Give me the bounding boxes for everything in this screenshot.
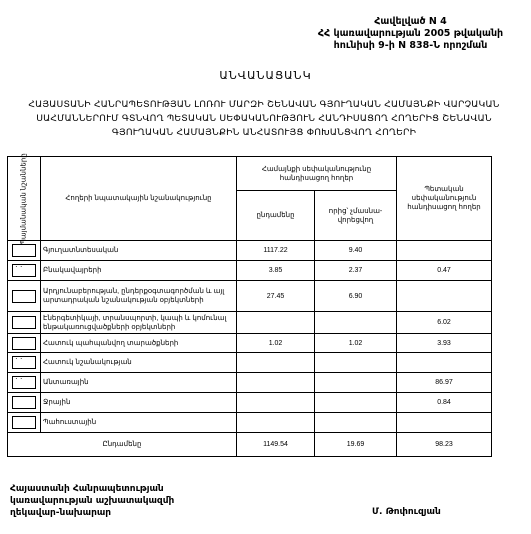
land-symbol-icon <box>12 356 36 369</box>
table-row: Բնակավայրերի3.852.370.47 <box>8 261 492 281</box>
annex-reference: Հավելված N 4 ՀՀ կառավարության 2005 թվակա… <box>290 16 531 52</box>
community-unprivatized-cell <box>315 413 397 433</box>
symbol-cell <box>8 413 41 433</box>
purpose-cell: Պահուստային <box>41 413 237 433</box>
total-state: 98.23 <box>397 433 492 457</box>
document-heading: ՀԱՅԱՍՏԱՆԻ ՀԱՆՐԱՊԵՏՈՒԹՅԱՆ ԼՈՌՈՒ ՄԱՐԶԻ ՇԵՆ… <box>14 98 514 140</box>
annex-decree-date: հունիսի 9-ի N 838-Ն որոշման <box>290 40 531 52</box>
signer-name: Մ. Թոփուզյան <box>372 507 441 517</box>
state-cell <box>397 353 492 373</box>
signer-title-3: ղեկավար-նախարար <box>10 507 174 519</box>
land-symbol-icon <box>12 416 36 429</box>
land-symbol-icon <box>12 244 36 257</box>
purpose-cell: Հատուկ նշանակության <box>41 353 237 373</box>
land-symbol-icon <box>12 376 36 389</box>
community-total-cell <box>237 353 315 373</box>
total-label: Ընդամենը <box>8 433 237 457</box>
header-symbols: Պայմանական նշանները <box>8 157 41 241</box>
state-cell: 3.93 <box>397 334 492 353</box>
table-row: Էներգետիկայի, տրանսպորտի, կապի և կոմունա… <box>8 312 492 334</box>
header-community-unprivatized: որից՝ չմասնա-վորեցվող <box>315 191 397 241</box>
purpose-cell: Էներգետիկայի, տրանսպորտի, կապի և կոմունա… <box>41 312 237 334</box>
purpose-cell: Ջրային <box>41 393 237 413</box>
state-cell: 86.97 <box>397 373 492 393</box>
land-symbol-icon <box>12 264 36 277</box>
purpose-cell: Գյուղատնտեսական <box>41 241 237 261</box>
symbol-cell <box>8 334 41 353</box>
community-unprivatized-cell <box>315 393 397 413</box>
community-total-cell: 27.45 <box>237 281 315 312</box>
state-cell <box>397 413 492 433</box>
community-unprivatized-cell: 1.02 <box>315 334 397 353</box>
community-total-cell: 3.85 <box>237 261 315 281</box>
signature-block: Հայաստանի Հանրապետության կառավարության ա… <box>10 483 174 519</box>
table-row: Գյուղատնտեսական1117.229.40 <box>8 241 492 261</box>
land-symbol-icon <box>12 290 36 303</box>
header-community-total: ընդամենը <box>237 191 315 241</box>
signer-title-1: Հայաստանի Հանրապետության <box>10 483 174 495</box>
table-row: Պահուստային <box>8 413 492 433</box>
state-cell <box>397 241 492 261</box>
total-community: 1149.54 <box>237 433 315 457</box>
state-cell: 6.02 <box>397 312 492 334</box>
purpose-cell: Բնակավայրերի <box>41 261 237 281</box>
signer-title-2: կառավարության աշխատակազմի <box>10 495 174 507</box>
purpose-cell: Հատուկ պահպանվող տարածքների <box>41 334 237 353</box>
symbol-cell <box>8 261 41 281</box>
community-total-cell: 1.02 <box>237 334 315 353</box>
table-row: Ջրային0.84 <box>8 393 492 413</box>
symbol-cell <box>8 241 41 261</box>
community-unprivatized-cell <box>315 373 397 393</box>
symbol-cell <box>8 373 41 393</box>
header-purpose: Հողերի նպատակային նշանակությունը <box>41 157 237 241</box>
land-symbol-icon <box>12 396 36 409</box>
state-cell: 0.47 <box>397 261 492 281</box>
land-table: Պայմանական նշանները Հողերի նպատակային նշ… <box>7 156 492 457</box>
total-unprivatized: 19.69 <box>315 433 397 457</box>
community-total-cell <box>237 393 315 413</box>
symbol-cell <box>8 281 41 312</box>
land-symbol-icon <box>12 316 36 329</box>
document-title: ԱՆՎԱՆԱՑԱՆԿ <box>0 69 531 82</box>
symbol-cell <box>8 393 41 413</box>
table-row: Անտառային86.97 <box>8 373 492 393</box>
land-symbol-icon <box>12 337 36 350</box>
total-row: Ընդամենը1149.5419.6998.23 <box>8 433 492 457</box>
community-unprivatized-cell: 6.90 <box>315 281 397 312</box>
community-unprivatized-cell: 2.37 <box>315 261 397 281</box>
annex-number: Հավելված N 4 <box>290 16 531 28</box>
community-total-cell: 1117.22 <box>237 241 315 261</box>
state-cell: 0.84 <box>397 393 492 413</box>
purpose-cell: Արդյունաբերության, ընդերքօգտագործման և ա… <box>41 281 237 312</box>
annex-decree: ՀՀ կառավարության 2005 թվականի <box>290 28 531 40</box>
table-row: Հատուկ նշանակության <box>8 353 492 373</box>
community-total-cell <box>237 312 315 334</box>
community-unprivatized-cell <box>315 353 397 373</box>
symbol-cell <box>8 312 41 334</box>
table-row: Հատուկ պահպանվող տարածքների1.021.023.93 <box>8 334 492 353</box>
header-community-group: Համայնքի սեփականությունը հանդիսացող հողե… <box>237 157 397 191</box>
community-unprivatized-cell <box>315 312 397 334</box>
community-total-cell <box>237 413 315 433</box>
state-cell <box>397 281 492 312</box>
header-state: Պետական սեփականություն հանդիսացող հողեր <box>397 157 492 241</box>
symbol-cell <box>8 353 41 373</box>
purpose-cell: Անտառային <box>41 373 237 393</box>
community-unprivatized-cell: 9.40 <box>315 241 397 261</box>
table-row: Արդյունաբերության, ընդերքօգտագործման և ա… <box>8 281 492 312</box>
community-total-cell <box>237 373 315 393</box>
header-symbols-label: Պայմանական նշանները <box>20 153 29 244</box>
